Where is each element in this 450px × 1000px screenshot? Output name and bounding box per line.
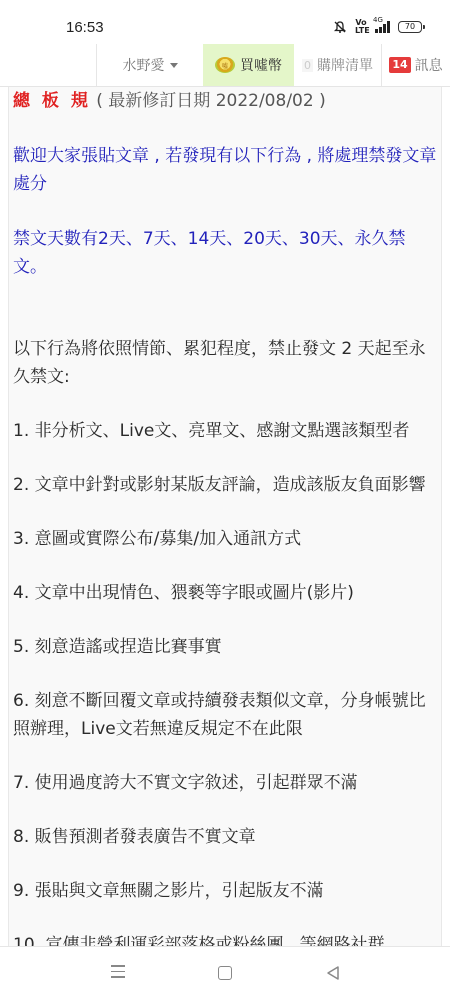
status-bar: 16:53 Vo LTE 4G 70 xyxy=(0,0,450,44)
rules-content[interactable]: 總 板 規 ( 最新修訂日期 2022/08/02 ) 歡迎大家張貼文章 , 若… xyxy=(8,87,442,947)
bell-off-icon xyxy=(333,20,347,34)
rule-item: 5. 刻意造謠或捏造比賽事實 xyxy=(13,633,437,661)
user-name: 水野愛 xyxy=(123,55,165,75)
rule-item: 10. 宣傳非營利運彩部落格或粉絲團...等網路社群 xyxy=(13,931,437,947)
coin-icon: 噓 xyxy=(215,57,235,73)
cart-label: 購牌清單 xyxy=(317,55,373,75)
rules-intro: 以下行為將依照情節、累犯程度，禁止發文 2 天起至永久禁文: xyxy=(13,335,437,391)
messages-label: 訊息 xyxy=(415,55,443,75)
nav-spacer xyxy=(0,44,97,86)
rule-item: 3. 意圖或實際公布/募集/加入通訊方式 xyxy=(13,525,437,553)
volte-icon: Vo LTE xyxy=(355,19,367,35)
back-icon[interactable] xyxy=(326,965,340,985)
status-icons: Vo LTE 4G 70 xyxy=(333,19,422,35)
user-menu[interactable]: 水野愛 xyxy=(97,44,203,86)
revision-date: ( 最新修訂日期 2022/08/02 ) xyxy=(96,91,325,111)
rule-item: 7. 使用過度誇大不實文字敘述，引起群眾不滿 xyxy=(13,769,437,797)
status-time: 16:53 xyxy=(66,19,104,36)
buy-coin-label: 買噓幣 xyxy=(240,55,282,75)
system-nav-bar xyxy=(0,946,450,1000)
rule-item: 4. 文章中出現情色、猥褻等字眼或圖片(影片) xyxy=(13,579,437,607)
rule-item: 2. 文章中針對或影射某版友評論，造成該版友負面影響 xyxy=(13,471,437,499)
battery-icon: 70 xyxy=(398,21,422,33)
rule-item: 8. 販售預測者發表廣告不實文章 xyxy=(13,823,437,851)
signal-4g-icon: 4G xyxy=(375,21,390,33)
rule-item: 1. 非分析文、Live文、亮單文、感謝文點選該類型者 xyxy=(13,417,437,445)
menu-icon[interactable] xyxy=(111,965,125,982)
ban-days-text: 禁文天數有2天、7天、14天、20天、30天、永久禁文。 xyxy=(13,225,437,281)
home-icon[interactable] xyxy=(218,966,232,980)
chevron-down-icon xyxy=(170,63,178,68)
welcome-text: 歡迎大家張貼文章 , 若發現有以下行為 , 將處理禁發文章處分 xyxy=(13,142,437,198)
message-count-badge: 14 xyxy=(389,57,410,73)
messages-button[interactable]: 14 訊息 xyxy=(382,44,450,86)
cart-button[interactable]: 0 購牌清單 xyxy=(294,44,382,86)
network-label: 4G xyxy=(373,16,383,24)
rule-item: 6. 刻意不斷回覆文章或持續發表類似文章，分身帳號比照辦理，Live文若無違反規… xyxy=(13,687,437,743)
rules-title-line: 總 板 規 ( 最新修訂日期 2022/08/02 ) xyxy=(13,87,437,115)
cart-count: 0 xyxy=(302,59,313,72)
rule-item: 9. 張貼與文章無關之影片，引起版友不滿 xyxy=(13,877,437,905)
buy-coin-button[interactable]: 噓 買噓幣 xyxy=(203,44,294,86)
rules-title: 總 板 規 xyxy=(13,91,91,111)
top-nav: 水野愛 噓 買噓幣 0 購牌清單 14 訊息 xyxy=(0,44,450,87)
